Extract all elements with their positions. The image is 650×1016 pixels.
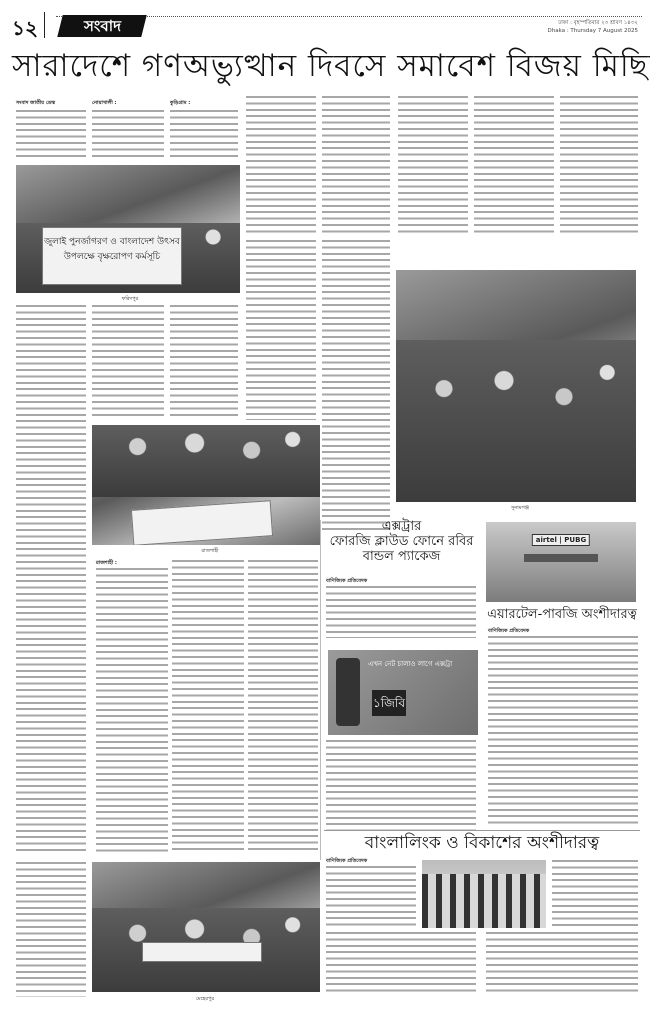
newspaper-logo: সংবাদ — [57, 15, 146, 37]
article-text-column — [486, 932, 638, 992]
airtel-headline: এয়ারটেল-পাবজি অংশীদারত্ব — [484, 608, 640, 623]
article-text-column — [96, 568, 168, 853]
photo-banner — [142, 942, 262, 962]
article-text-column — [246, 240, 316, 420]
robi-ad-image: এখন নেট চালাও লাগে এক্সট্রা ১জিবি — [328, 650, 478, 735]
article-text-column — [16, 110, 86, 160]
photo-procession — [92, 862, 320, 992]
article-text-column — [326, 586, 476, 638]
article-text-column — [248, 560, 318, 853]
photo-rally-crowd — [396, 270, 636, 502]
banglalink-byline: বাণিজ্যিক প্রতিবেদক — [326, 858, 367, 866]
masthead: ১২ সংবাদ ঢাকা : বৃহস্পতিবার ২৩ শ্রাবণ ১৪… — [0, 0, 650, 40]
article-text-column — [398, 96, 468, 236]
photo-caption: সুনামগঞ্জ — [480, 505, 560, 513]
photo-caption: মেহেরপুর — [175, 996, 235, 1004]
article-text-column — [16, 305, 86, 855]
article-text-column — [552, 860, 638, 930]
airtel-pubg-image: airtel | PUBG — [486, 522, 636, 602]
banglalink-bkash-photo — [422, 860, 546, 928]
main-headline: সারাদেশে গণঅভ্যুত্থান দিবসে সমাবেশ বিজয়… — [12, 46, 638, 86]
column-divider — [320, 520, 321, 860]
plaque — [131, 500, 273, 545]
photo-plaque-inauguration — [92, 425, 320, 545]
article-text-column — [474, 96, 554, 236]
banglalink-headline: বাংলালিংক ও বিকাশের অংশীদারত্ব — [324, 834, 640, 854]
article-text-column — [560, 96, 638, 236]
date-english: Dhaka : Thursday 7 August 2025 — [548, 27, 638, 35]
article-text-column — [326, 866, 416, 926]
article-text-column — [326, 932, 476, 992]
page-number-divider — [44, 12, 45, 38]
dateline: ঢাকা : বৃহস্পতিবার ২৩ শ্রাবণ ১৪৩২ Dhaka … — [548, 19, 638, 35]
section-label-noakhali: নোয়াখালী : — [92, 100, 117, 108]
airtel-byline: বাণিজ্যিক প্রতিবেদক — [488, 628, 529, 636]
article-text-column — [488, 636, 638, 824]
date-bangla: ঢাকা : বৃহস্পতিবার ২৩ শ্রাবণ ১৪৩২ — [548, 19, 638, 27]
lead-byline: সংবাদ জাতীয় ডেস্ক — [16, 100, 55, 108]
article-text-column — [326, 740, 476, 830]
photo-caption: রাজশাহী — [180, 548, 240, 556]
article-text-column — [92, 305, 164, 420]
article-text-column — [322, 240, 390, 530]
article-text-column — [92, 110, 164, 160]
photo-banner: জুলাই পুনর্জাগরণ ও বাংলাদেশ উৎসব উপলক্ষে… — [42, 227, 182, 285]
article-text-column — [170, 110, 238, 160]
article-text-column — [16, 862, 86, 997]
section-divider — [324, 830, 640, 831]
phone-icon — [336, 658, 360, 726]
article-text-column — [172, 560, 244, 853]
robi-byline: বাণিজ্যিক প্রতিবেদক — [326, 578, 367, 586]
section-label-rajshahi: রাজশাহী : — [96, 560, 117, 568]
article-text-column — [322, 96, 390, 236]
robi-headline: এক্সট্রার ফোরজি ক্লাউড ফোনে রবির বান্ডল … — [324, 520, 479, 565]
section-label-kurigram: কুড়িগ্রাম : — [170, 100, 190, 108]
article-text-column — [246, 96, 316, 236]
page-number: ১২ — [12, 14, 38, 47]
article-text-column — [170, 305, 238, 420]
photo-tree-planting: জুলাই পুনর্জাগরণ ও বাংলাদেশ উৎসব উপলক্ষে… — [16, 165, 240, 293]
photo-caption: ফরিদপুর — [90, 296, 170, 304]
